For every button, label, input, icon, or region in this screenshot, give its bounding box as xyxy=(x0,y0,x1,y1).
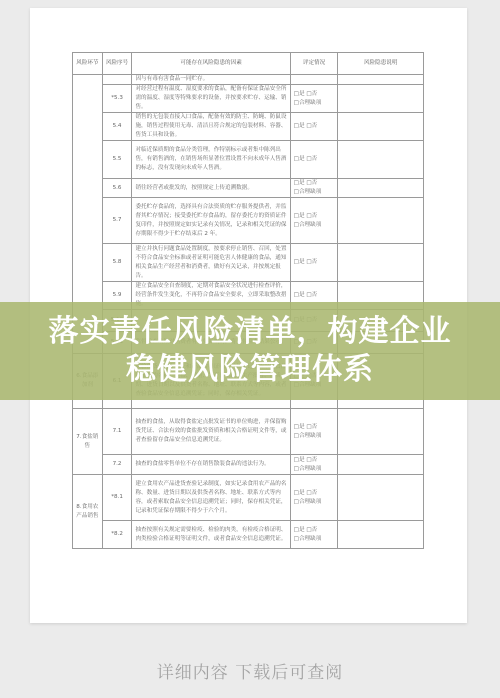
rating-reasonable-missing[interactable]: □合理缺项 xyxy=(294,465,335,474)
rating-yes-no[interactable]: □是 □否 xyxy=(294,291,335,300)
rating-cell[interactable]: □是 □否 □合理缺项 xyxy=(290,85,338,113)
rating-cell[interactable]: □是 □否 xyxy=(290,141,338,179)
rating-reasonable-missing[interactable]: □合理缺项 xyxy=(294,188,335,197)
table-row: *8.2 抽查按照有关规定需要检疫、检验的肉类，有检疫合格证明、肉类检验合格证明… xyxy=(73,521,424,549)
banner-title-line-2: 稳健风险管理体系 xyxy=(126,351,374,389)
rating-reasonable-missing[interactable]: □合理缺项 xyxy=(294,221,335,230)
rating-yes-no[interactable]: □是 □否 xyxy=(294,90,335,99)
rating-yes-no[interactable]: □是 □否 xyxy=(294,456,335,465)
risk-id: 5.8 xyxy=(102,244,132,282)
table-row: 5.7 委托贮存食品的，选择具有合法资质的贮存服务提供者，并监督其贮存情况；接受… xyxy=(73,198,424,244)
rating-cell[interactable]: □是 □否 xyxy=(290,244,338,282)
rating-cell[interactable]: □是 □否 □合理缺项 xyxy=(290,179,338,198)
table-row: 7.2 抽查的食盐零售单位不存在销售散装食品的违法行为。 □是 □否 □合理缺项 xyxy=(73,455,424,475)
download-hint[interactable]: 详细内容 下载后可查阅 xyxy=(0,658,500,683)
risk-note xyxy=(338,113,424,141)
risk-factor: 委托贮存食品的，选择具有合法资质的贮存服务提供者，并监督其贮存情况；接受委托贮存… xyxy=(132,198,290,244)
risk-note xyxy=(338,85,424,113)
rating-cell[interactable]: □是 □否 □合理缺项 xyxy=(290,521,338,549)
table-header-row: 风险环节 风险序号 可能存在风险隐患的因素 评定情况 风险隐患说明 xyxy=(73,53,424,75)
risk-id: 5.5 xyxy=(102,141,132,179)
rating-cell[interactable]: □是 □否 □合理缺项 xyxy=(290,198,338,244)
title-banner: 落实责任风险清单，构建企业 稳健风险管理体系 xyxy=(0,302,500,400)
risk-factor: 销往经营者或批发的，按照规定上传追溯数据。 xyxy=(132,179,290,198)
rating-cell[interactable]: □是 □否 □合理缺项 xyxy=(290,475,338,521)
risk-checklist-table: 风险环节 风险序号 可能存在风险隐患的因素 评定情况 风险隐患说明 因与有毒有害… xyxy=(72,52,424,549)
rating-reasonable-missing[interactable]: □合理缺项 xyxy=(294,432,335,441)
risk-factor: 抽查的食盐，从取得食盐定点批发证书的单位购进，并保留购货凭证、合法有效的食盐批发… xyxy=(132,409,290,455)
risk-id: 5.4 xyxy=(102,113,132,141)
risk-factor: 销售的无包装直接入口食品，配备有效的防尘、防蝇、防鼠设施，销售过程使用无毒、清洁… xyxy=(132,113,290,141)
rating-reasonable-missing[interactable]: □合理缺项 xyxy=(294,498,335,507)
risk-note xyxy=(338,409,424,455)
risk-factor: 建立并执行问题食品处置制度，按要求停止销售、召回，处置不符合食品安全标准或者证明… xyxy=(132,244,290,282)
header-rating: 评定情况 xyxy=(290,53,338,75)
risk-factor: 对临近保质期的食品分类管理，作特别标示或者集中陈列出售，有销售酒的，在销售场所显… xyxy=(132,141,290,179)
risk-factor: 对经营过程有温度、湿度要求的食品，配备有保证食品安全所需的温度、湿度等特殊要求的… xyxy=(132,85,290,113)
risk-note xyxy=(338,244,424,282)
rating-cell xyxy=(290,75,338,85)
risk-note xyxy=(338,198,424,244)
table-row: 5.5 对临近保质期的食品分类管理，作特别标示或者集中陈列出售，有销售酒的，在销… xyxy=(73,141,424,179)
risk-note xyxy=(338,521,424,549)
section-cell: 8.食用农产品销售 xyxy=(73,475,103,549)
rating-yes-no[interactable]: □是 □否 xyxy=(294,526,335,535)
risk-note xyxy=(338,141,424,179)
rating-yes-no[interactable]: □是 □否 xyxy=(294,423,335,432)
risk-note xyxy=(338,455,424,475)
rating-yes-no[interactable]: □是 □否 xyxy=(294,212,335,221)
rating-cell[interactable]: □是 □否 xyxy=(290,113,338,141)
banner-title-line-1: 落实责任风险清单，构建企业 xyxy=(49,313,452,351)
risk-id: 7.1 xyxy=(102,409,132,455)
risk-id: *8.1 xyxy=(102,475,132,521)
header-risk-factors: 可能存在风险隐患的因素 xyxy=(132,53,290,75)
risk-factor: 建立食用农产品进货查验记录制度，如实记录食用农产品的名称、数量、进货日期以及供货… xyxy=(132,475,290,521)
rating-reasonable-missing[interactable]: □合理缺项 xyxy=(294,535,335,544)
risk-factor: 抽查的食盐零售单位不存在销售散装食品的违法行为。 xyxy=(132,455,290,475)
header-risk-stage: 风险环节 xyxy=(73,53,103,75)
rating-yes-no[interactable]: □是 □否 xyxy=(294,122,335,131)
risk-id: 5.6 xyxy=(102,179,132,198)
risk-id: *5.3 xyxy=(102,85,132,113)
rating-yes-no[interactable]: □是 □否 xyxy=(294,179,335,188)
rating-yes-no[interactable]: □是 □否 xyxy=(294,155,335,164)
table-row: 5.4 销售的无包装直接入口食品，配备有效的防尘、防蝇、防鼠设施，销售过程使用无… xyxy=(73,113,424,141)
risk-id xyxy=(102,75,132,85)
rating-reasonable-missing[interactable]: □合理缺项 xyxy=(294,99,335,108)
risk-factor: 因与有毒有害食品一同贮存。 xyxy=(132,75,290,85)
table-row: *5.3 对经营过程有温度、湿度要求的食品，配备有保证食品安全所需的温度、湿度等… xyxy=(73,85,424,113)
table-row: 5.8 建立并执行问题食品处置制度，按要求停止销售、召回，处置不符合食品安全标准… xyxy=(73,244,424,282)
header-risk-id: 风险序号 xyxy=(102,53,132,75)
rating-cell[interactable]: □是 □否 □合理缺项 xyxy=(290,455,338,475)
table-row: 5.6 销往经营者或批发的，按照规定上传追溯数据。 □是 □否 □合理缺项 xyxy=(73,179,424,198)
header-risk-note: 风险隐患说明 xyxy=(338,53,424,75)
rating-cell[interactable]: □是 □否 □合理缺项 xyxy=(290,409,338,455)
risk-id: 7.2 xyxy=(102,455,132,475)
table-row: 8.食用农产品销售 *8.1 建立食用农产品进货查验记录制度，如实记录食用农产品… xyxy=(73,475,424,521)
risk-note xyxy=(338,475,424,521)
risk-note xyxy=(338,75,424,85)
risk-factor: 抽查按照有关规定需要检疫、检验的肉类，有检疫合格证明、肉类检验合格证明等证明文件… xyxy=(132,521,290,549)
section-cell: 7.食盐销售 xyxy=(73,409,103,475)
risk-note xyxy=(338,179,424,198)
risk-id: *8.2 xyxy=(102,521,132,549)
rating-yes-no[interactable]: □是 □否 xyxy=(294,489,335,498)
rating-yes-no[interactable]: □是 □否 xyxy=(294,258,335,267)
table-row: 7.食盐销售 7.1 抽查的食盐，从取得食盐定点批发证书的单位购进，并保留购货凭… xyxy=(73,409,424,455)
table-row: 因与有毒有害食品一同贮存。 xyxy=(73,75,424,85)
risk-id: 5.7 xyxy=(102,198,132,244)
